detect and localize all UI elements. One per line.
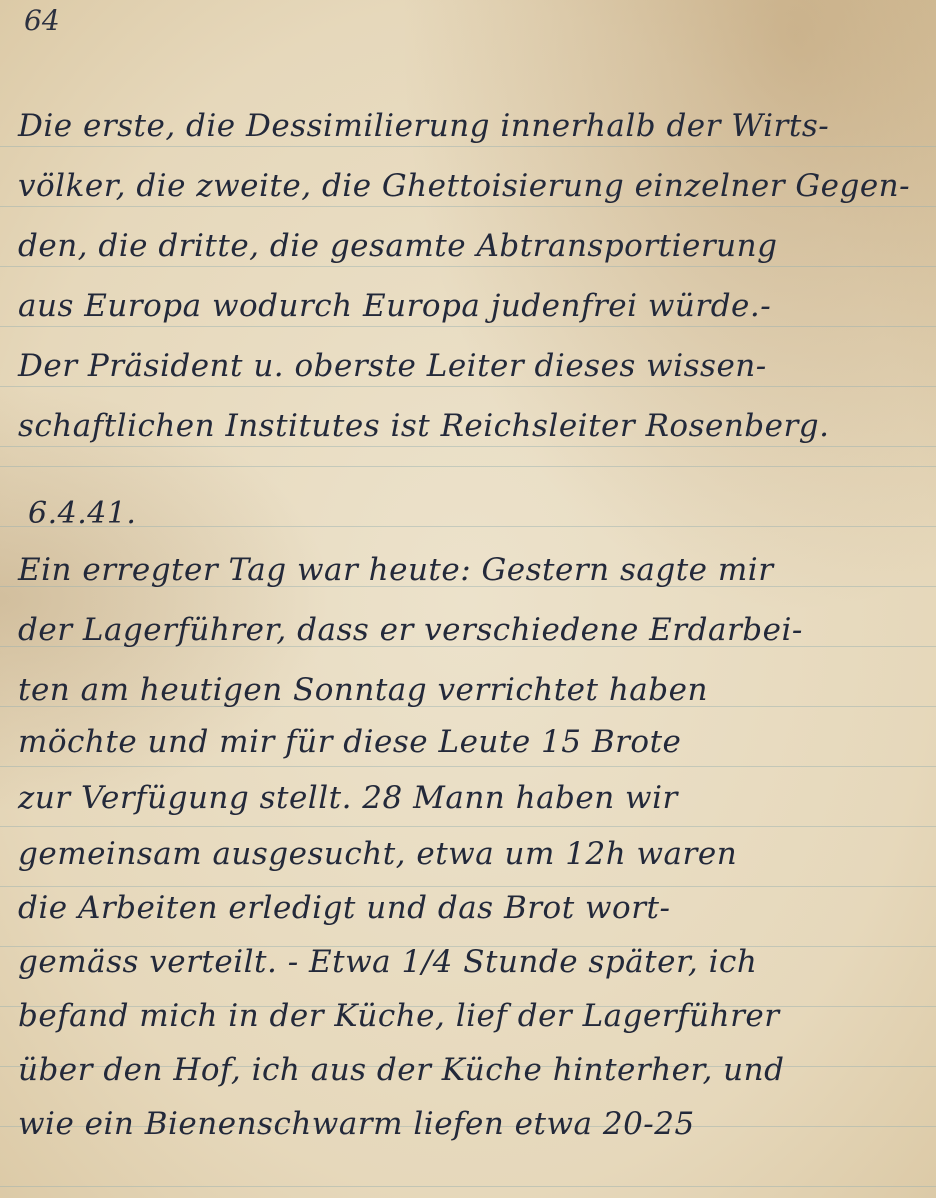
ruled-line xyxy=(0,386,936,387)
ruled-line xyxy=(0,766,936,767)
text-line: wie ein Bienenschwarm liefen etwa 20-25 xyxy=(18,1106,695,1142)
text-line: Die erste, die Dessimilierung innerhalb … xyxy=(18,108,829,144)
ruled-line xyxy=(0,266,936,267)
ruled-line xyxy=(0,466,936,467)
ruled-line xyxy=(0,146,936,147)
ruled-line xyxy=(0,886,936,887)
text-line: Der Präsident u. oberste Leiter dieses w… xyxy=(18,348,767,384)
text-line: aus Europa wodurch Europa judenfrei würd… xyxy=(18,288,771,324)
text-line: die Arbeiten erledigt und das Brot wort- xyxy=(18,890,670,926)
text-line: möchte und mir für diese Leute 15 Brote xyxy=(18,724,681,760)
ruled-line xyxy=(0,446,936,447)
page-number: 64 xyxy=(24,4,60,37)
ruled-line xyxy=(0,206,936,207)
text-line: der Lagerführer, dass er verschiedene Er… xyxy=(18,612,803,648)
entry-date: 6.4.41. xyxy=(28,496,136,531)
ruled-line xyxy=(0,526,936,527)
text-line: gemäss verteilt. - Etwa 1/4 Stunde späte… xyxy=(18,944,757,980)
text-line: Ein erregter Tag war heute: Gestern sagt… xyxy=(18,552,774,588)
text-line: den, die dritte, die gesamte Abtransport… xyxy=(18,228,777,264)
ruled-line xyxy=(0,826,936,827)
ruled-line xyxy=(0,1186,936,1187)
ruled-line xyxy=(0,326,936,327)
text-line: zur Verfügung stellt. 28 Mann haben wir xyxy=(18,780,678,816)
text-line: gemeinsam ausgesucht, etwa um 12h waren xyxy=(18,836,737,872)
diary-page: 64 Die erste, die Dessimilierung innerha… xyxy=(0,0,936,1198)
text-line: schaftlichen Institutes ist Reichsleiter… xyxy=(18,408,830,444)
text-line: ten am heutigen Sonntag verrichtet haben xyxy=(18,672,708,708)
text-line: völker, die zweite, die Ghettoisierung e… xyxy=(18,168,910,204)
text-line: befand mich in der Küche, lief der Lager… xyxy=(18,998,780,1034)
text-line: über den Hof, ich aus der Küche hinterhe… xyxy=(18,1052,784,1088)
